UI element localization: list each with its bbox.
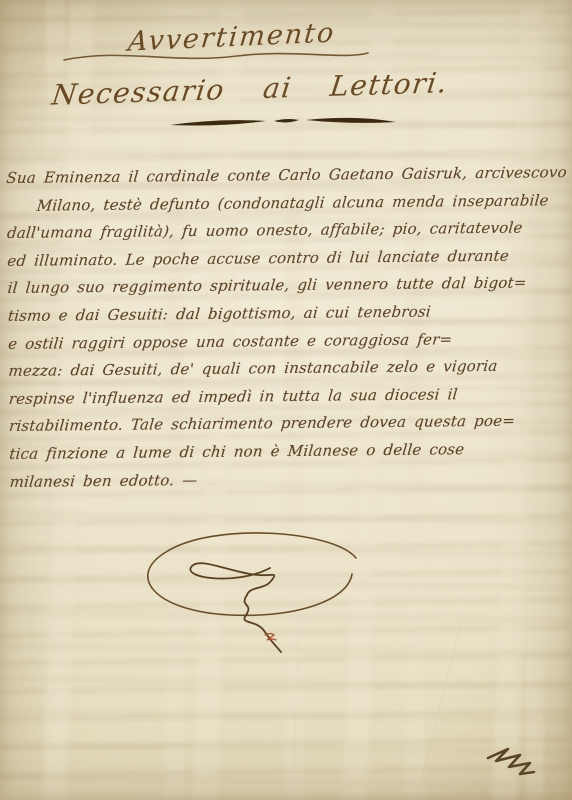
- underline-dash-flourish: [168, 112, 398, 136]
- corner-ink-scribble: [482, 742, 544, 786]
- signature-flourish: [118, 516, 383, 665]
- manuscript-page: Avvertimento Necessario ai Lettori. Sua …: [0, 0, 572, 800]
- manuscript-body: Sua Eminenza il cardinale conte Carlo Ga…: [6, 159, 567, 496]
- red-ink-mark: [263, 628, 279, 647]
- manuscript-line: milanesi ben edotto. —: [8, 463, 569, 496]
